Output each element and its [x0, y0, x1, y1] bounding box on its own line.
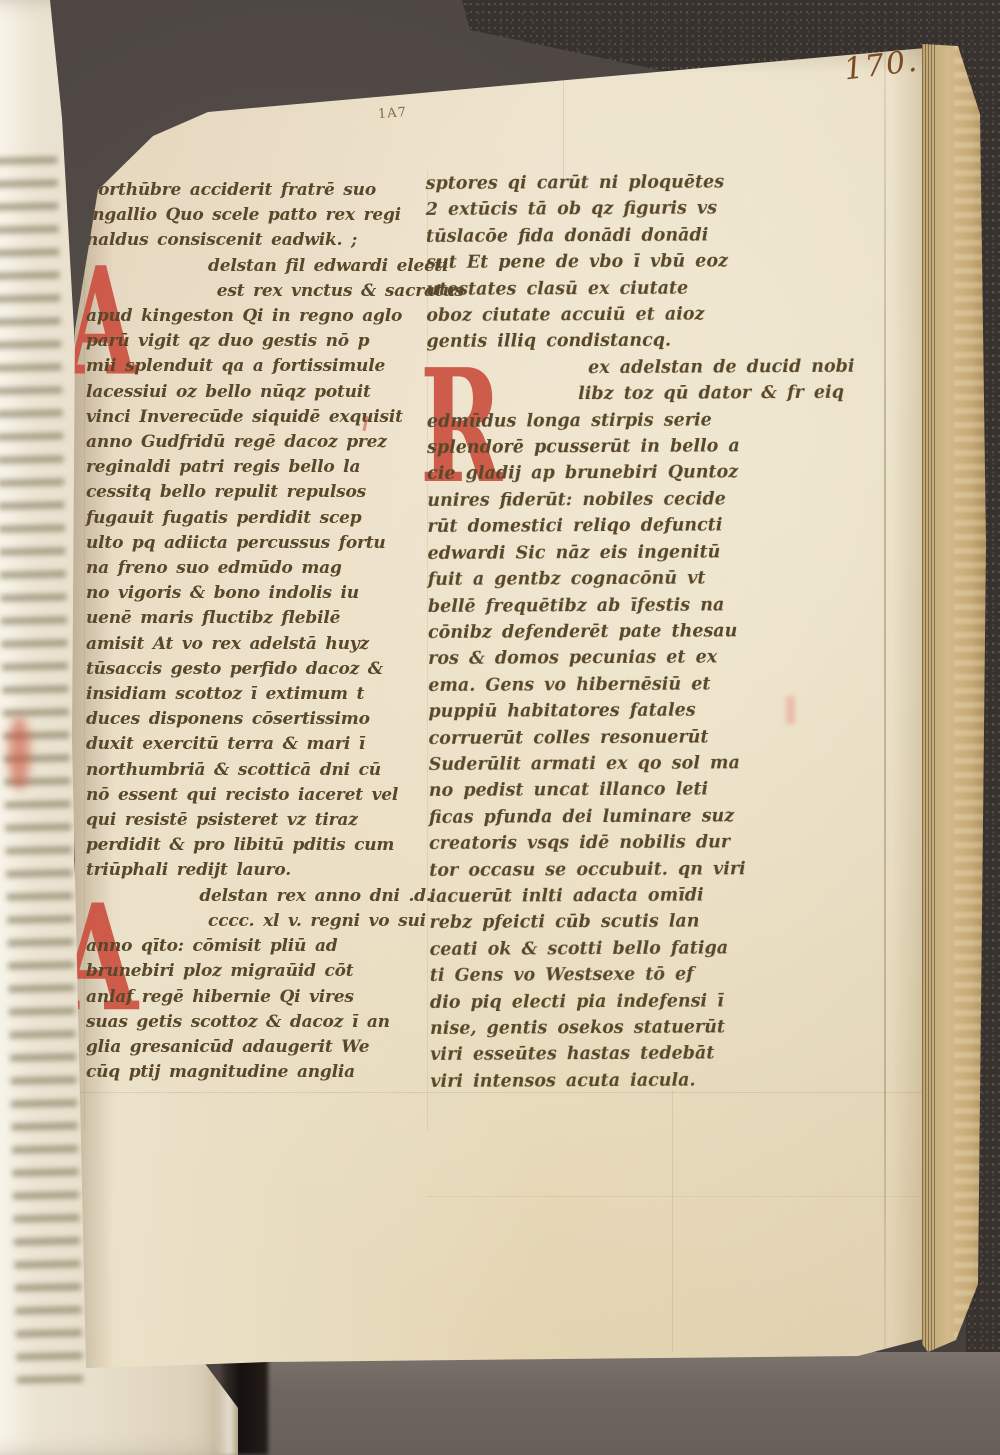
- text-line: no pedist uncat illanco leti: [429, 776, 779, 804]
- text-line: tor occasu se occubuit. qn viri: [429, 856, 779, 884]
- text-line: libz toz qū dator & fr eiq: [427, 380, 777, 408]
- stacked-leaf-edges: [922, 44, 937, 1360]
- text-line: rebz pfeicti cūb scutis lan: [429, 908, 779, 936]
- top-margin-mark: 1A7: [378, 105, 408, 122]
- text-line: dio piq electi pia indefensi ī: [430, 988, 780, 1016]
- vertical-crease: [884, 48, 886, 1360]
- text-line: splendorē pcusserūt in bello a: [427, 433, 777, 461]
- text-line: vinci Inverecūde siquidē exquisit: [86, 405, 422, 430]
- manuscript-photo: 170. 1A7 A A R northūbre acciderit fratr…: [0, 0, 1000, 1455]
- text-line: viri esseūtes hastas tedebāt: [430, 1040, 780, 1068]
- text-line: apud kingeston Qi in regno aglo: [86, 304, 422, 329]
- rubric-smudge-mark: [786, 696, 795, 724]
- text-line: sptores qi carūt ni ploquētes: [426, 169, 776, 197]
- text-line: oboz ciutate accuiū et aioz: [426, 301, 776, 329]
- text-line: ulto pq adiicta percussus fortu: [86, 531, 422, 556]
- text-line: tūsaccis gesto perfido dacoz &: [86, 657, 422, 682]
- text-line: ros & domos pecunias et ex: [428, 644, 778, 672]
- ruling-line-bottom-margin: [672, 1090, 673, 1352]
- text-line: unires fiderūt: nobiles cecide: [427, 486, 777, 514]
- text-line: 2 extūcis tā ob qz figuris vs: [426, 195, 776, 223]
- text-line: cūq ptij magnitudine anglia: [86, 1060, 422, 1085]
- text-line: anno Gudfridū regē dacoz prez: [86, 430, 422, 455]
- text-line: ceati ok & scotti bello fatiga: [430, 935, 780, 963]
- text-line: ti Gens vo Westsexe tō ef: [430, 961, 780, 989]
- text-column-right: sptores qi carūt ni ploquētes2 extūcis t…: [426, 169, 781, 1095]
- text-line: ex adelstan de ducid nobi: [427, 354, 777, 382]
- background-bottom-surface: [226, 1352, 1000, 1455]
- text-line: anlaf regē hibernie Qi vires: [86, 985, 422, 1010]
- text-line: puppiū habitatores fatales: [428, 697, 778, 725]
- text-line: uenē maris fluctibz flebilē: [86, 606, 422, 631]
- text-line: amisit At vo rex adelstā huyz: [86, 632, 422, 657]
- text-line: cccc. xl v. regni vo sui: [86, 909, 422, 934]
- ruling-line-lower: [426, 1196, 926, 1197]
- text-line: viri intensos acuta iacula.: [430, 1067, 780, 1095]
- text-line: bellē frequētibz ab īfestis na: [428, 592, 778, 620]
- ruling-line-top-margin: [563, 46, 564, 178]
- text-line: cōnibz defenderēt pate thesau: [428, 618, 778, 646]
- text-line: fuit a gentbz cognacōnū vt: [428, 565, 778, 593]
- text-line: delstan fil edwardi electi: [86, 254, 422, 279]
- text-column-left: northūbre acciderit fratrē suoingallio Q…: [86, 178, 422, 1085]
- text-line: perdidit & pro libitū pditis cum: [86, 833, 422, 858]
- fore-edge-page-block: [922, 44, 988, 1360]
- text-line: northumbriā & scotticā dni cū: [86, 758, 422, 783]
- text-line: glia gresanicūd adaugerit We: [86, 1035, 422, 1060]
- text-line: duces disponens cōsertissimo: [86, 707, 422, 732]
- text-line: delstan rex anno dni .d.: [86, 884, 422, 909]
- text-line: nō essent qui recisto iaceret vel: [86, 783, 422, 808]
- text-line: parū vigit qz duo gestis nō p: [86, 329, 422, 354]
- text-line: northūbre acciderit fratrē suo: [86, 178, 422, 203]
- text-line: brunebiri ploz migraūid cōt: [86, 959, 422, 984]
- text-line: corruerūt colles resonuerūt: [428, 724, 778, 752]
- text-line: ema. Gens vo hibernēsiū et: [428, 671, 778, 699]
- text-line: rūt domestici reliqo defuncti: [427, 512, 777, 540]
- text-line: edwardi Sic nāz eis ingenitū: [428, 539, 778, 567]
- text-line: tūslacōe fida donādi donādi: [426, 222, 776, 250]
- text-line: na freno suo edmūdo mag: [86, 556, 422, 581]
- manuscript-page: 170. 1A7 A A R northūbre acciderit fratr…: [58, 40, 933, 1368]
- text-line: sut Et pene de vbo ī vbū eoz: [426, 248, 776, 276]
- text-line: creatoris vsqs idē nobilis dur: [429, 829, 779, 857]
- text-line: qui resistē psisteret vz tiraz: [86, 808, 422, 833]
- text-line: triūphali redijt lauro.: [86, 858, 422, 883]
- text-line: fugauit fugatis perdidit scep: [86, 506, 422, 531]
- text-line: utestates clasū ex ciutate: [426, 275, 776, 303]
- text-line: gentis illiq condistancq.: [426, 328, 776, 356]
- text-line: naldus consiscenit eadwik. ;: [86, 228, 422, 253]
- text-line: ingallio Quo scele patto rex regi: [86, 203, 422, 228]
- text-line: cessitq bello repulit repulsos: [86, 480, 422, 505]
- blurred-red-initial: [8, 716, 30, 790]
- text-line: lacessiui oz bello nūqz potuit: [86, 380, 422, 405]
- text-line: Suderūlit armati ex qo sol ma: [429, 750, 779, 778]
- text-line: duxit exercitū terra & mari ī: [86, 732, 422, 757]
- text-line: insidiam scottoz ī extimum t: [86, 682, 422, 707]
- text-line: nise, gentis osekos statuerūt: [430, 1014, 780, 1042]
- text-line: anno qīto: cōmisit pliū ad: [86, 934, 422, 959]
- text-line: suas getis scottoz & dacoz ī an: [86, 1010, 422, 1035]
- text-line: mii splenduit qa a fortissimule: [86, 354, 422, 379]
- text-line: est rex vnctus & sacratus: [86, 279, 422, 304]
- text-line: reginaldi patri regis bello la: [86, 455, 422, 480]
- text-line: ficas pfunda dei luminare suz: [429, 803, 779, 831]
- text-line: no vigoris & bono indolis iu: [86, 581, 422, 606]
- text-line: iacuerūt inlti adacta omīdi: [429, 882, 779, 910]
- text-line: edmūdus longa stirpis serie: [427, 407, 777, 435]
- text-line: cie gladij ap brunebiri Quntoz: [427, 460, 777, 488]
